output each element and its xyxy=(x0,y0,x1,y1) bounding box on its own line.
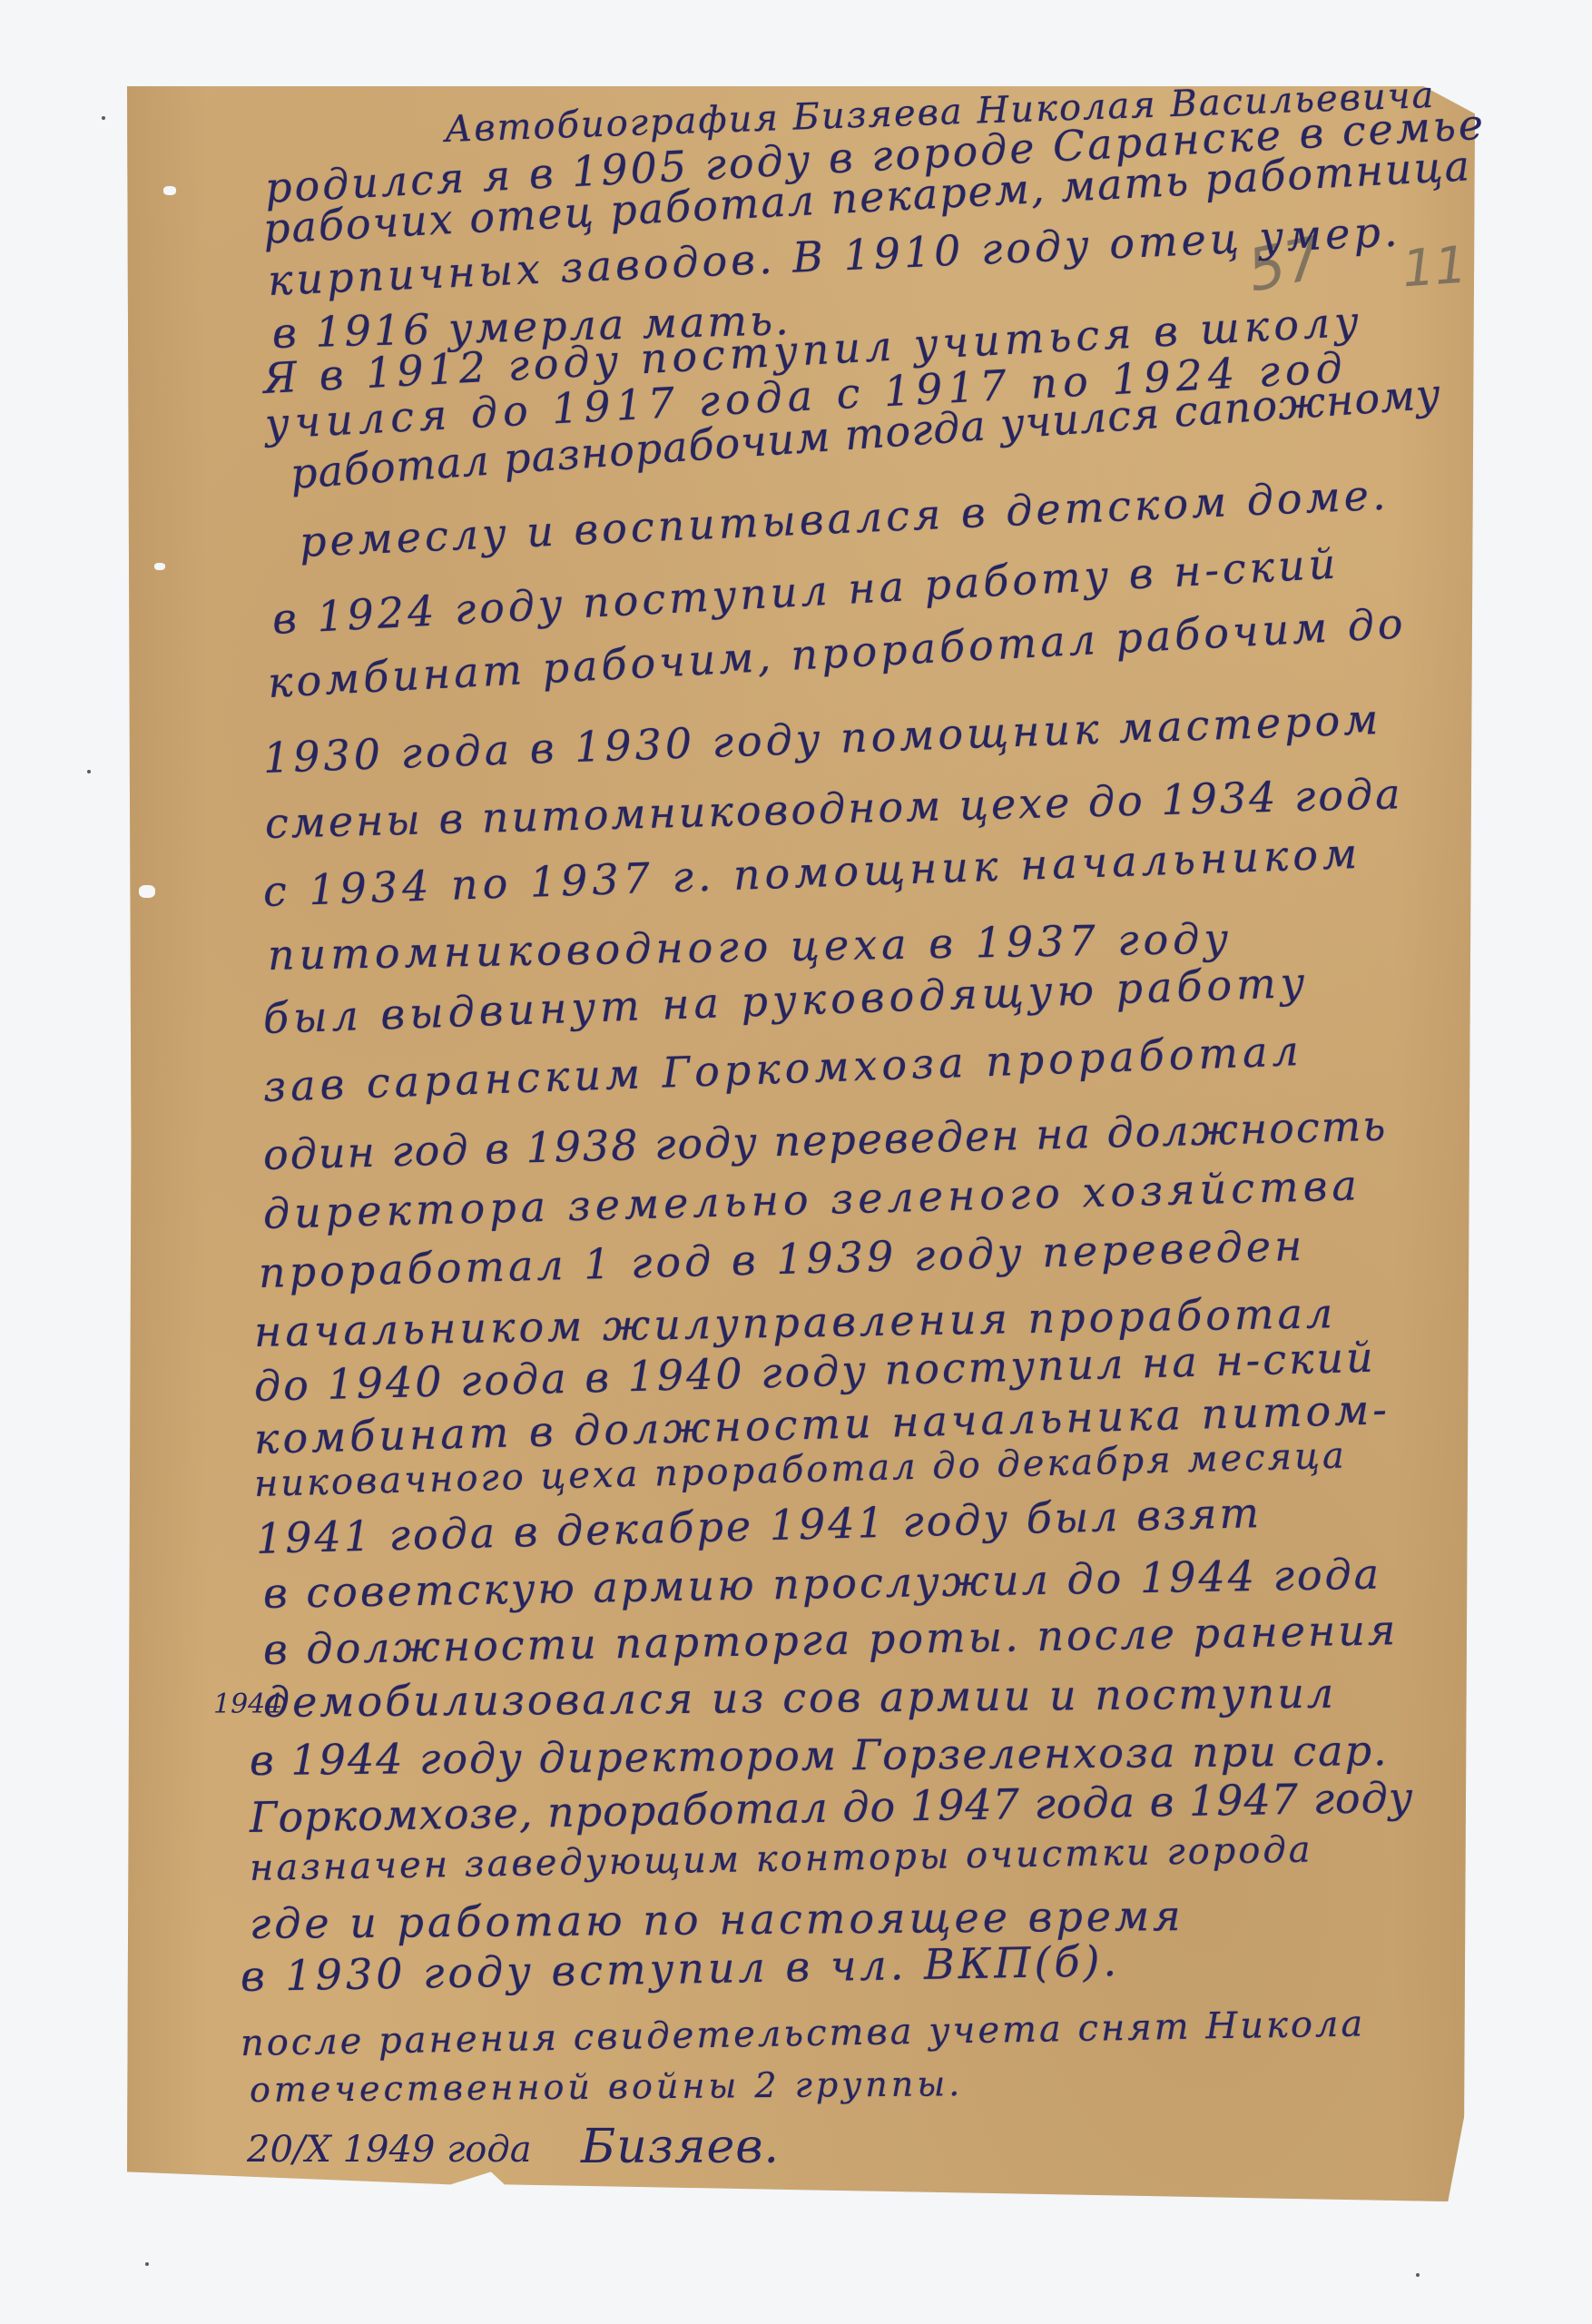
document-date: 20/X 1949 года xyxy=(247,2129,532,2171)
text-line-34: отечественной войны 2 группы. xyxy=(250,2063,964,2110)
scan-speck xyxy=(1416,2273,1420,2277)
paper-tear xyxy=(163,186,176,195)
sheet-number: 11 xyxy=(1400,236,1469,300)
scan-speck xyxy=(102,116,105,120)
author-signature: Бизяев. xyxy=(581,2120,780,2174)
scan-speck xyxy=(87,770,91,773)
scan-speck xyxy=(145,2262,149,2266)
text-line-27: демобилизовался из сов армии и поступил xyxy=(263,1669,1337,1727)
paper-tear xyxy=(154,563,165,570)
paper-tear xyxy=(139,885,155,898)
